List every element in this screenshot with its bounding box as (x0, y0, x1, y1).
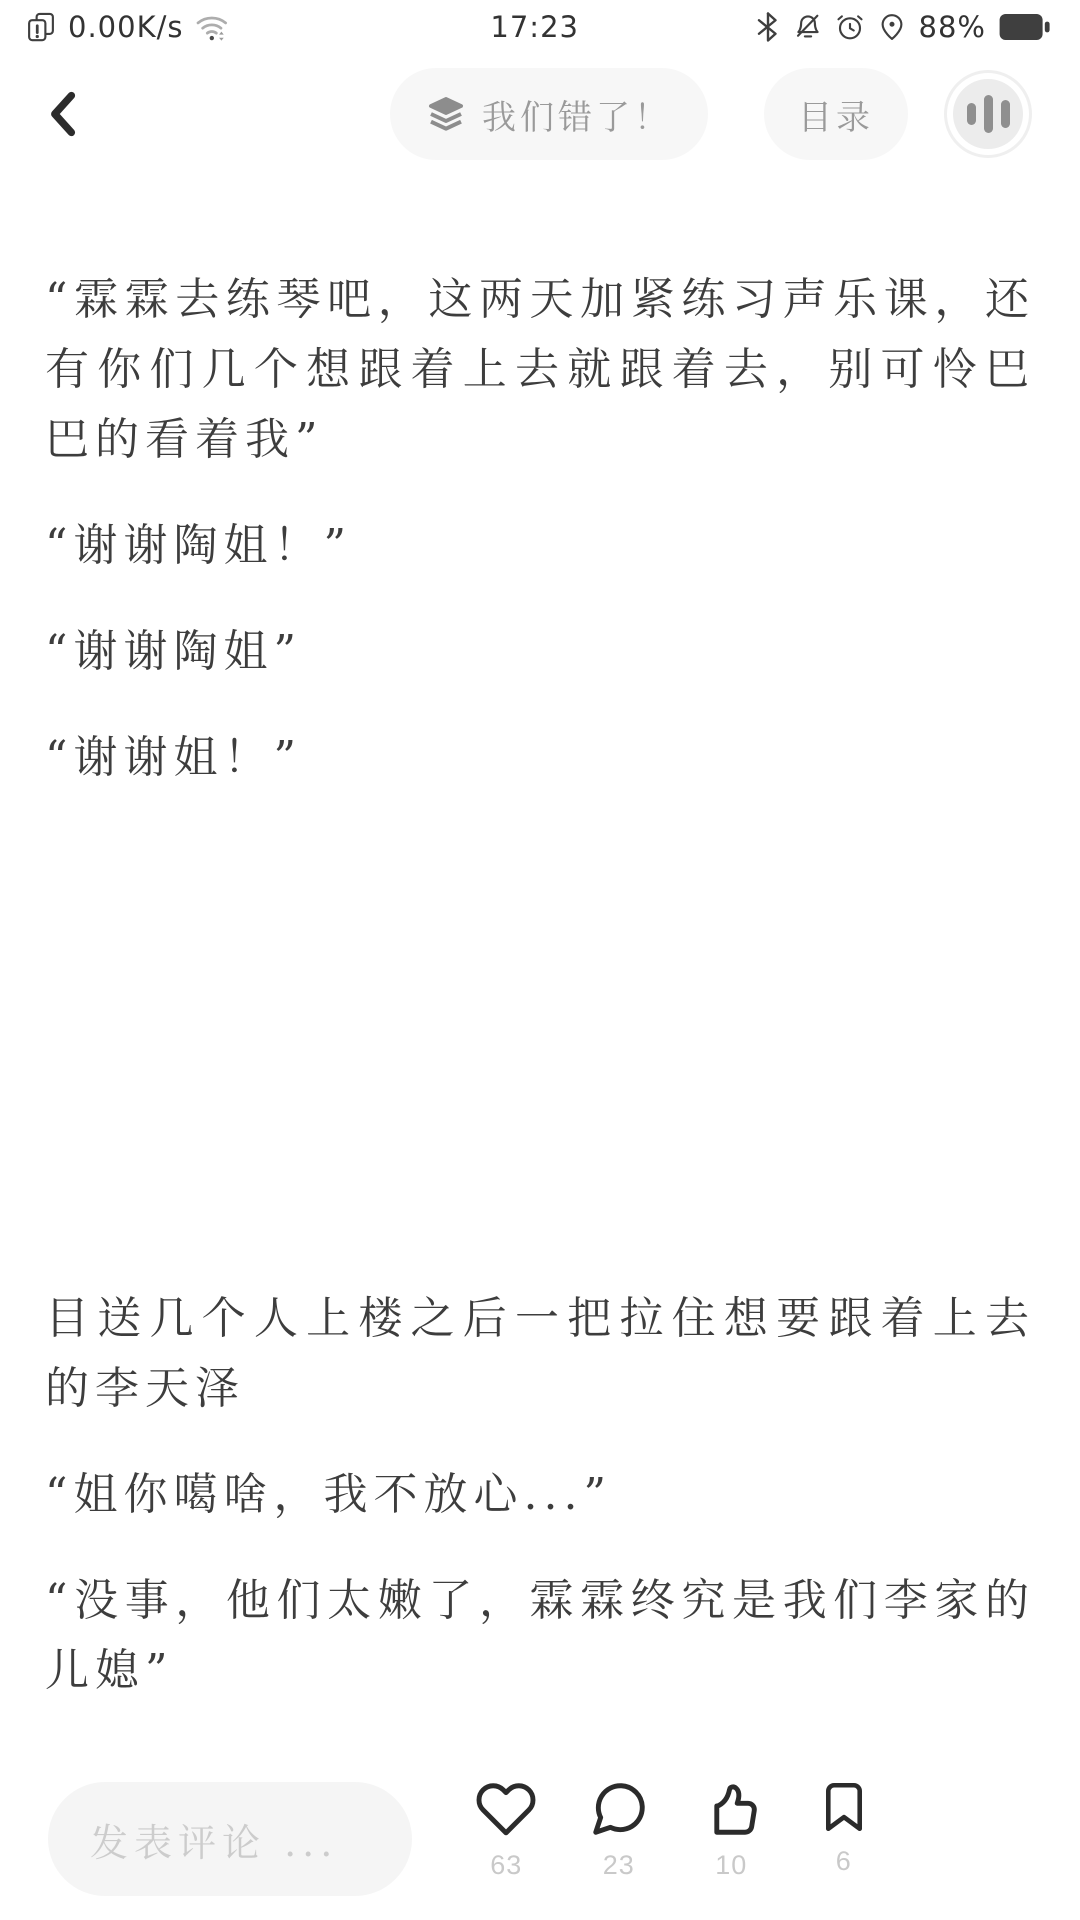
paragraph: “霖霖去练琴吧，这两天加紧练习声乐课，还有你们几个想跟着上去就跟着去，别可怜巴巴… (45, 265, 1035, 475)
battery-percent: 88% (919, 10, 986, 44)
like-count: 63 (490, 1850, 522, 1881)
battery-icon (998, 12, 1050, 42)
paragraph: “姐你噶啥，我不放心...” (45, 1460, 1035, 1530)
status-clock: 17:23 (490, 10, 579, 44)
no-sim-icon (26, 12, 56, 42)
chapter-text: “霖霖去练琴吧，这两天加紧练习声乐课，还有你们几个想跟着上去就跟着去，别可怜巴巴… (45, 265, 1035, 1742)
paragraph: “没事，他们太嫩了，霖霖终究是我们李家的儿媳” (45, 1566, 1035, 1706)
chat-bubble-icon (588, 1778, 650, 1840)
like-button[interactable]: 63 (450, 1778, 563, 1881)
table-of-contents-button[interactable]: 目录 (764, 68, 908, 160)
mute-bell-icon (793, 12, 823, 42)
status-bar: 0.00K/s 17:23 (0, 0, 1080, 48)
content-gap (45, 829, 1035, 1284)
heart-icon (475, 1778, 537, 1840)
thumbs-up-icon (700, 1778, 762, 1840)
bottom-bar: 发表评论 ... 63 23 (0, 1778, 1080, 1908)
status-left: 0.00K/s (26, 10, 233, 44)
thumbs-up-count: 10 (715, 1850, 747, 1881)
paragraph: 目送几个人上楼之后一把拉住想要跟着上去的李天泽 (45, 1284, 1035, 1424)
reader-screen: 0.00K/s 17:23 (0, 0, 1080, 1920)
comment-input[interactable]: 发表评论 ... (48, 1782, 412, 1896)
paragraph: “谢谢姐！” (45, 723, 1035, 793)
back-icon (44, 90, 84, 138)
wifi-icon (195, 11, 233, 43)
nav-bar: 我们错了！ 目录 (0, 62, 1080, 166)
listen-button[interactable] (944, 70, 1032, 158)
back-button[interactable] (38, 86, 90, 142)
bookmark-icon (815, 1778, 873, 1836)
bluetooth-icon (755, 12, 781, 42)
paragraph: “谢谢陶姐！” (45, 511, 1035, 581)
comment-button[interactable]: 23 (563, 1778, 676, 1881)
bookmark-button[interactable]: 6 (788, 1778, 901, 1881)
toc-label: 目录 (798, 90, 874, 139)
alarm-icon (835, 12, 865, 42)
comment-placeholder: 发表评论 ... (90, 1812, 338, 1867)
layers-icon (426, 94, 466, 134)
clock-time: 17:23 (490, 10, 579, 44)
paragraph: “谢谢陶姐” (45, 617, 1035, 687)
location-icon (877, 12, 907, 42)
nav-actions: 我们错了！ 目录 (390, 68, 1032, 160)
report-error-button[interactable]: 我们错了！ (390, 68, 708, 160)
thumbs-up-button[interactable]: 10 (675, 1778, 788, 1881)
status-right: 88% (755, 10, 1050, 44)
equalizer-icon (953, 79, 1023, 149)
action-buttons: 63 23 10 (450, 1778, 900, 1881)
bookmark-count: 6 (836, 1846, 852, 1877)
report-error-label: 我们错了！ (482, 90, 672, 139)
net-speed: 0.00K/s (68, 10, 183, 44)
comment-count: 23 (603, 1850, 635, 1881)
